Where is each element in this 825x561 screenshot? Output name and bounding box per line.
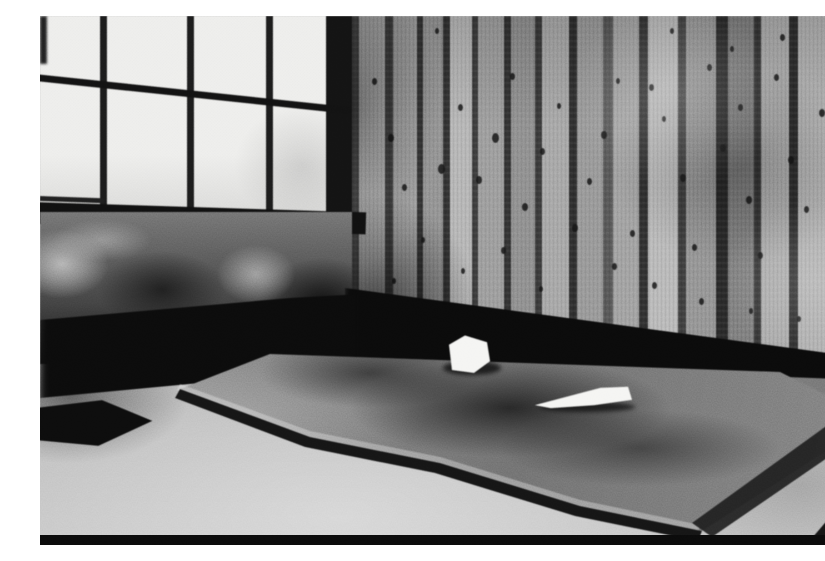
window-mullion <box>266 16 273 226</box>
photo-scene <box>40 16 825 545</box>
window-mullion <box>100 16 107 226</box>
photo-bottom-border <box>40 535 825 545</box>
window-mullion <box>187 16 194 226</box>
memorial-room-photo: Black-and-white photograph of a bare roo… <box>40 16 825 545</box>
window-frame-right <box>326 16 352 230</box>
window-panes <box>40 16 348 214</box>
frame-corner-shadow <box>40 16 47 64</box>
